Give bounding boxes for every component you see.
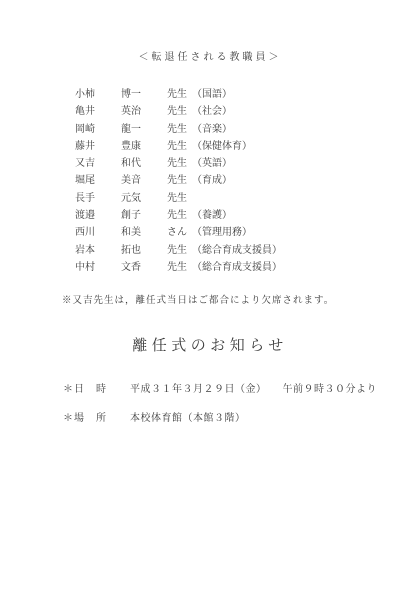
ceremony-heading: 離任式のお知らせ (0, 334, 420, 355)
staff-row: 中村 文香 先生 （総合育成支援員） (75, 258, 420, 275)
staff-honorific: さん (167, 223, 188, 238)
staff-given-name: 英治 (121, 102, 154, 117)
staff-row: 藤井 豊康 先生 （保健体育） (75, 137, 420, 154)
staff-honorific: 先生 (167, 171, 188, 186)
staff-row: 堀尾 美音 先生 （育成） (75, 171, 420, 188)
staff-given-name: 豊康 (121, 137, 154, 152)
staff-honorific: 先生 (167, 258, 188, 273)
staff-list: 小柿 博一 先生 （国語） 亀井 英治 先生 （社会） 岡崎 龍一 先生 （音楽… (75, 85, 420, 275)
staff-honorific: 先生 (167, 189, 188, 204)
staff-honorific: 先生 (167, 137, 188, 152)
staff-given-name: 和美 (121, 223, 154, 238)
staff-family-name: 小柿 (75, 85, 108, 100)
absence-note: ※又吉先生は，離任式当日はご都合により欠席されます。 (62, 292, 420, 306)
staff-row: 渡邉 創子 先生 （養護） (75, 206, 420, 223)
staff-given-name: 創子 (121, 206, 154, 221)
staff-honorific: 先生 (167, 102, 188, 117)
staff-family-name: 亀井 (75, 102, 108, 117)
staff-subject: （総合育成支援員） (192, 258, 282, 273)
staff-given-name: 元気 (121, 189, 154, 204)
staff-subject: （英語） (192, 154, 232, 169)
staff-subject: （国語） (192, 85, 232, 100)
staff-family-name: 岡崎 (75, 120, 108, 135)
staff-subject: （養護） (192, 206, 232, 221)
staff-given-name: 龍一 (121, 120, 154, 135)
staff-subject: （管理用務） (192, 223, 252, 238)
staff-family-name: 西川 (75, 223, 108, 238)
staff-family-name: 長手 (75, 189, 108, 204)
staff-family-name: 渡邉 (75, 206, 108, 221)
staff-subject: （音楽） (192, 120, 232, 135)
staff-honorific: 先生 (167, 85, 188, 100)
staff-subject: （社会） (192, 102, 232, 117)
staff-row: 又吉 和代 先生 （英語） (75, 154, 420, 171)
staff-given-name: 博一 (121, 85, 154, 100)
scanned-notice-page: ＜転退任される教職員＞ 小柿 博一 先生 （国語） 亀井 英治 先生 （社会） … (0, 0, 420, 594)
ceremony-place-value: 本校体育館（本館３階） (130, 409, 246, 424)
staff-row: 岡崎 龍一 先生 （音楽） (75, 120, 420, 137)
staff-subject: （保健体育） (192, 137, 252, 152)
staff-subject: （育成） (192, 171, 232, 186)
ceremony-date-row: ＊日 時 平成３１年３月２９日（金） 午前９時３０分より (63, 380, 420, 395)
staff-given-name: 美音 (121, 171, 154, 186)
ceremony-date-value: 平成３１年３月２９日（金） 午前９時３０分より (130, 380, 377, 395)
staff-honorific: 先生 (167, 206, 188, 221)
staff-subject: （総合育成支援員） (192, 241, 282, 256)
ceremony-place-row: ＊場 所 本校体育館（本館３階） (63, 409, 420, 424)
staff-honorific: 先生 (167, 154, 188, 169)
staff-honorific: 先生 (167, 120, 188, 135)
staff-given-name: 文香 (121, 258, 154, 273)
staff-family-name: 岩本 (75, 241, 108, 256)
staff-family-name: 中村 (75, 258, 108, 273)
staff-given-name: 和代 (121, 154, 154, 169)
staff-row: 亀井 英治 先生 （社会） (75, 102, 420, 119)
staff-row: 岩本 拓也 先生 （総合育成支援員） (75, 241, 420, 258)
ceremony-place-label: ＊場 所 (63, 409, 130, 424)
staff-list-title: ＜転退任される教職員＞ (0, 48, 420, 63)
ceremony-date-label: ＊日 時 (63, 380, 130, 395)
staff-row: 小柿 博一 先生 （国語） (75, 85, 420, 102)
staff-given-name: 拓也 (121, 241, 154, 256)
staff-row: 西川 和美 さん （管理用務） (75, 223, 420, 240)
staff-family-name: 又吉 (75, 154, 108, 169)
staff-row: 長手 元気 先生 (75, 189, 420, 206)
staff-family-name: 堀尾 (75, 171, 108, 186)
staff-family-name: 藤井 (75, 137, 108, 152)
staff-honorific: 先生 (167, 241, 188, 256)
